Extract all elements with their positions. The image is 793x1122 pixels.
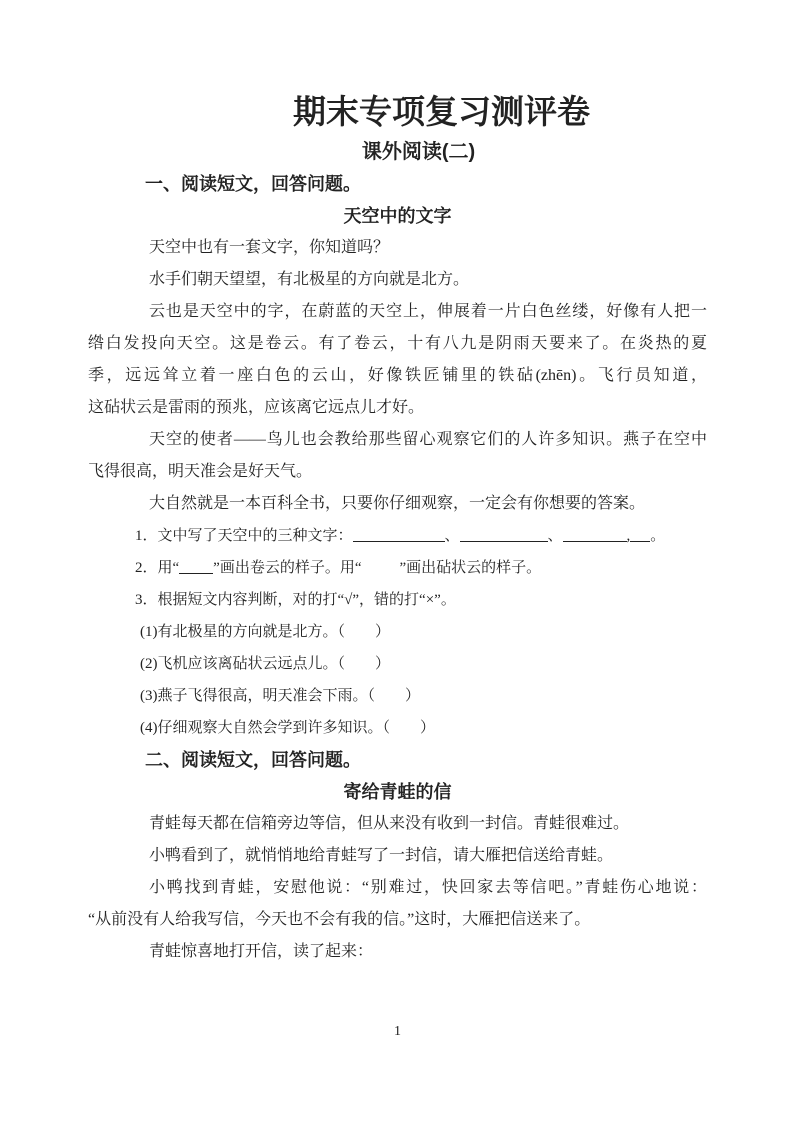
passage-line: 这砧状云是雷雨的预兆，应该离它远点儿才好。 — [88, 392, 707, 424]
question-2: 2．用“”画出卷云的样子。用“ ”画出砧状云的样子。 — [88, 552, 707, 584]
answer-blank — [179, 560, 213, 574]
passage-line: 青蛙每天都在信箱旁边等信，但从来没有收到一封信。青蛙很难过。 — [88, 808, 707, 840]
text-segment: ”画出砧状云的样子。 — [400, 560, 542, 576]
judge-item-4: (4)仔细观察大自然会学到许多知识。（ ） — [88, 712, 707, 744]
passage-line: 天空的使者——鸟儿也会教给那些留心观察它们的人许多知识。燕子在空中 — [88, 424, 707, 456]
answer-blank — [630, 528, 650, 542]
text-segment: ”画出卷云的样子。用“ — [213, 560, 361, 576]
passage-line: 云也是天空中的字，在蔚蓝的天空上，伸展着一片白色丝缕，好像有人把一 — [88, 296, 707, 328]
judge-item-1: (1)有北极星的方向就是北方。（ ） — [88, 616, 707, 648]
answer-blank — [353, 528, 445, 542]
answer-blank — [460, 528, 548, 542]
passage-2-title: 寄给青蛙的信 — [88, 776, 707, 808]
passage-line: 小鸭找到青蛙，安慰他说：“别难过，快回家去等信吧。”青蛙伤心地说： — [88, 872, 707, 904]
page-number: 1 — [88, 1022, 707, 1042]
text-segment: 1．文中写了天空中的三种文字： — [135, 528, 353, 544]
passage-line: 小鸭看到了，就悄悄地给青蛙写了一封信，请大雁把信送给青蛙。 — [88, 840, 707, 872]
answer-blank — [563, 528, 627, 542]
section-1-heading: 一、阅读短文，回答问题。 — [88, 168, 707, 200]
doc-subtitle: 课外阅读(二) — [88, 136, 707, 168]
text-segment: 2．用“ — [135, 560, 179, 576]
passage-line: 绺白发投向天空。这是卷云。有了卷云，十有八九是阴雨天要来了。在炎热的夏 — [88, 328, 707, 360]
passage-line: 青蛙惊喜地打开信，读了起来： — [88, 936, 707, 968]
document-content: 期末专项复习测评卷课外阅读(二)一、阅读短文，回答问题。天空中的文字天空中也有一… — [88, 0, 707, 968]
passage-1-title: 天空中的文字 — [88, 200, 707, 232]
judge-item-3: (3)燕子飞得很高，明天准会下雨。（ ） — [88, 680, 707, 712]
text-segment: 、 — [548, 528, 563, 544]
doc-title: 期末专项复习测评卷 — [88, 88, 707, 136]
passage-line: 天空中也有一套文字，你知道吗？ — [88, 232, 707, 264]
passage-line: 大自然就是一本百科全书，只要你仔细观察，一定会有你想要的答案。 — [88, 488, 707, 520]
passage-line: 季，远远耸立着一座白色的云山，好像铁匠铺里的铁砧(zhēn)。飞行员知道， — [88, 360, 707, 392]
section-2-heading: 二、阅读短文，回答问题。 — [88, 744, 707, 776]
passage-line: “从前没有人给我写信，今天也不会有我的信。”这时，大雁把信送来了。 — [88, 904, 707, 936]
question-3: 3．根据短文内容判断，对的打“√”，错的打“×”。 — [88, 584, 707, 616]
passage-line: 飞得很高，明天准会是好天气。 — [88, 456, 707, 488]
text-segment: 。 — [650, 528, 665, 544]
passage-line: 水手们朝天望望，有北极星的方向就是北方。 — [88, 264, 707, 296]
judge-item-2: (2)飞机应该离砧状云远点儿。（ ） — [88, 648, 707, 680]
question-1: 1．文中写了天空中的三种文字：、、,。 — [88, 520, 707, 552]
document-page: 期末专项复习测评卷课外阅读(二)一、阅读短文，回答问题。天空中的文字天空中也有一… — [0, 0, 793, 1122]
text-segment: 、 — [445, 528, 460, 544]
answer-blank-wavy — [362, 559, 400, 576]
